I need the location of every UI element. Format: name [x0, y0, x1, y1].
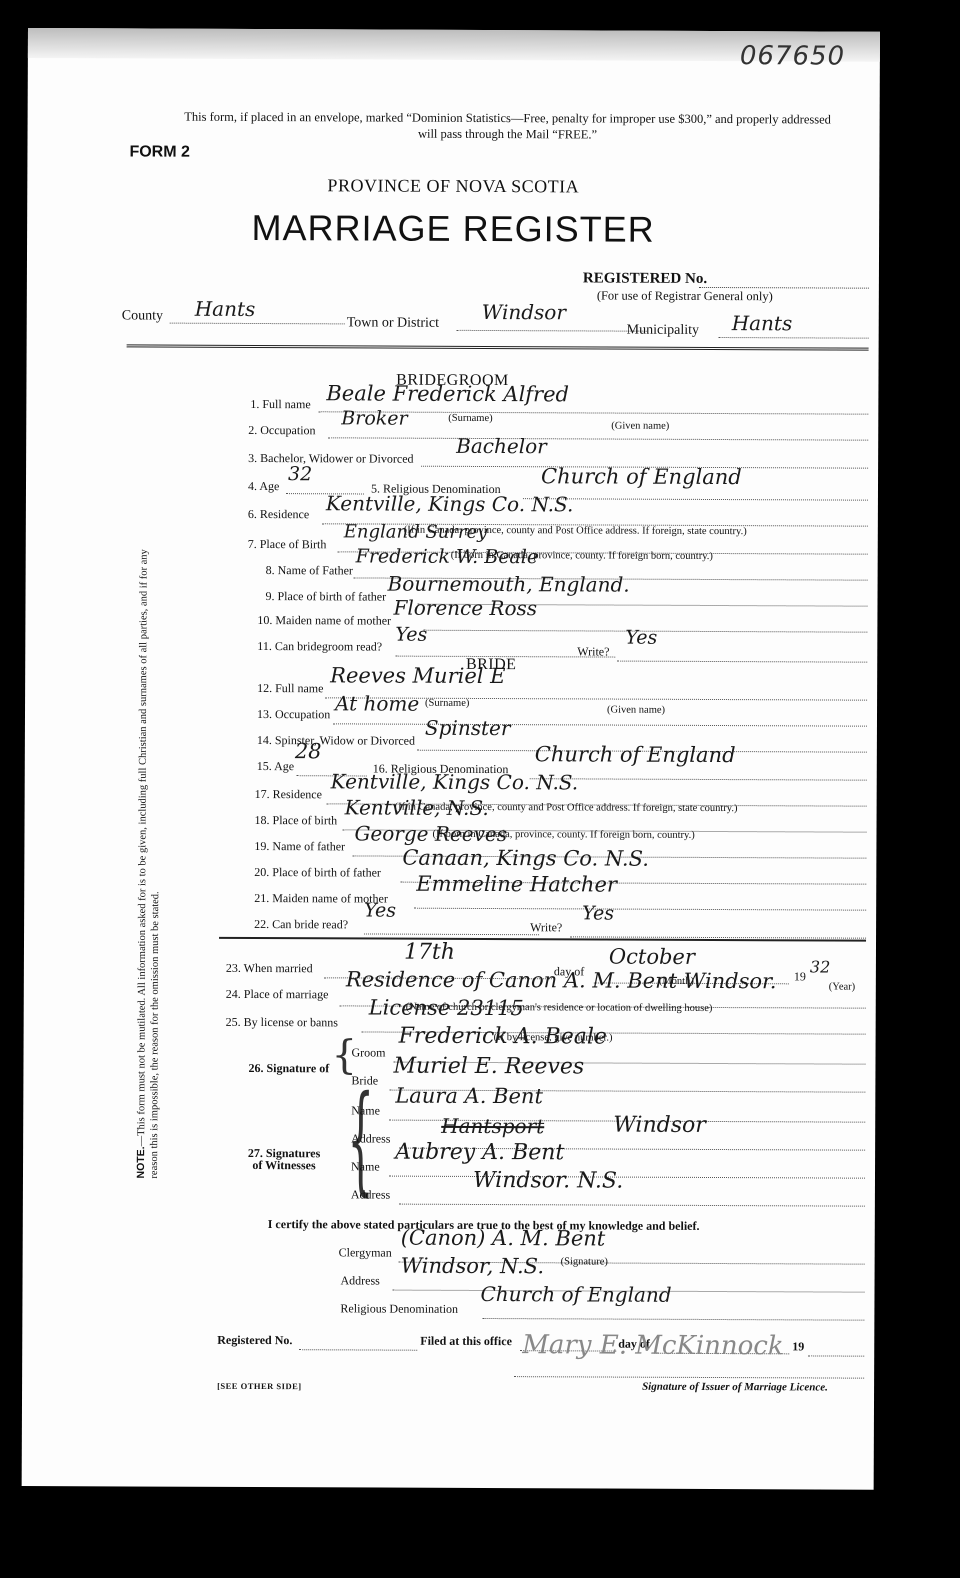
footer-registered-no-line — [299, 1335, 417, 1351]
clergyman-denomination-label: Religious Denomination — [340, 1301, 458, 1317]
province-heading: PROVINCE OF NOVA SCOTIA — [27, 174, 879, 199]
side-note: NOTE.—This form must not be mutilated. A… — [135, 538, 164, 1178]
license-or-banns-label: 25. By license or banns — [226, 1015, 338, 1030]
side-note-heading: NOTE. — [135, 1146, 147, 1178]
year-prefix: 19 — [794, 969, 806, 984]
marriage-day-value: 17th — [404, 940, 455, 965]
bride-father-birthplace-label: 20. Place of birth of father — [254, 865, 381, 881]
groom-father-name-value: Frederick W. Beale — [356, 545, 539, 568]
bride-can-write-value: Yes — [582, 902, 614, 924]
bride-can-write-label: Write? — [530, 920, 562, 935]
bride-full-name-label: 12. Full name — [257, 681, 323, 696]
witness-1-address: Windsor — [613, 1113, 706, 1138]
bride-residence-label: 17. Residence — [255, 787, 322, 802]
groom-occupation-label: 2. Occupation — [248, 423, 315, 438]
issuer-signature: Mary E. McKinnock — [522, 1330, 784, 1361]
clergyman-address: Windsor, N.S. — [401, 1254, 545, 1279]
clergyman-address-label: Address — [341, 1273, 380, 1288]
municipality-value: Hants — [732, 311, 793, 335]
town-label: Town or District — [347, 315, 439, 331]
county-value: Hants — [195, 297, 256, 321]
surname-hint: (Surname) — [448, 413, 492, 424]
municipality-label: Municipality — [627, 323, 699, 339]
form-id: FORM 2 — [129, 143, 190, 161]
bride-occupation-value: At home — [335, 691, 419, 715]
bride-full-name-value: Reeves Muriel E — [330, 663, 505, 688]
bride-mother-maiden-line — [414, 894, 866, 911]
license-value: License 23115 — [369, 995, 524, 1020]
groom-birthplace-label: 7. Place of Birth — [248, 537, 327, 552]
registered-no-label: REGISTERED No. — [583, 270, 707, 288]
bride-can-write-line — [570, 922, 866, 938]
witness-2-name-label: Name — [351, 1159, 380, 1174]
groom-signature-label: Groom — [351, 1045, 385, 1060]
signature-of-label: 26. Signature of — [248, 1061, 329, 1076]
witness-1-name-label: Name — [351, 1103, 380, 1118]
bride-residence-value: Kentville, Kings Co. N.S. — [331, 769, 579, 794]
bride-can-read-line — [364, 919, 539, 935]
place-of-marriage-value: Residence of Canon A. M. Bent Windsor. — [346, 967, 777, 993]
witnesses-label: 27. Signatures of Witnesses — [245, 1147, 323, 1171]
groom-age-label: 4. Age — [248, 479, 279, 494]
groom-signature: Frederick A. Beale — [399, 1024, 607, 1050]
groom-occupation-line — [328, 423, 868, 440]
groom-father-name-label: 8. Name of Father — [266, 563, 353, 578]
issuer-signature-label: Signature of Issuer of Marriage Licence. — [642, 1381, 828, 1394]
registered-no-field — [699, 275, 869, 289]
issuer-signature-line — [514, 1362, 864, 1379]
filed-at-office-label: Filed at this office — [420, 1334, 512, 1349]
clergyman-denomination-line — [482, 1304, 864, 1321]
groom-religion-value: Church of England — [541, 464, 742, 489]
groom-birthplace-value: England Surrey — [344, 521, 488, 543]
groom-can-write-value: Yes — [625, 627, 657, 649]
groom-mother-maiden-value: Florence Ross — [393, 596, 537, 621]
filed-year-line — [808, 1341, 864, 1356]
bride-marital-status-label: 14. Spinster, Widow or Divorced — [257, 733, 415, 749]
witness-2-name: Aubrey A. Bent — [395, 1140, 564, 1166]
footer-registered-no-label: Registered No. — [217, 1333, 292, 1348]
groom-full-name-label: 1. Full name — [250, 397, 310, 412]
clergyman-denomination: Church of England — [480, 1282, 671, 1307]
bride-father-name-label: 19. Name of father — [254, 839, 345, 854]
when-married-label: 23. When married — [226, 961, 313, 976]
bride-age-value: 28 — [295, 739, 322, 763]
postal-notice: This form, if placed in an envelope, mar… — [183, 109, 833, 144]
bride-can-read-value: Yes — [364, 899, 396, 921]
marriage-register-page: 067650 This form, if placed in an envelo… — [22, 28, 880, 1490]
witness-2-address-label: Address — [351, 1187, 390, 1202]
place-of-marriage-label: 24. Place of marriage — [226, 987, 329, 1002]
page-title: MARRIAGE REGISTER — [27, 206, 879, 252]
groom-marital-status-value: Bachelor — [456, 434, 547, 458]
registered-no-note: (For use of Registrar General only) — [597, 288, 773, 304]
bride-signature: Muriel E. Reeves — [393, 1054, 584, 1080]
bride-can-read-label: 22. Can bride read? — [254, 917, 348, 932]
groom-residence-label: 6. Residence — [248, 507, 309, 522]
groom-occupation-value: Broker — [341, 407, 407, 429]
see-other-side-note: [SEE OTHER SIDE] — [217, 1381, 302, 1391]
header-divider — [127, 344, 869, 350]
groom-father-birthplace-value: Bournemouth, England. — [388, 572, 630, 597]
side-note-text: —This form must not be mutilated. All in… — [136, 549, 161, 1178]
marriage-month-value: October — [609, 945, 695, 969]
marriage-year-value: 32 — [810, 957, 830, 976]
bride-surname-hint: (Surname) — [425, 698, 469, 709]
witness-2-address-line — [399, 1190, 865, 1207]
signature-hint: (Signature) — [561, 1256, 608, 1267]
bride-birthplace-label: 18. Place of birth — [255, 813, 338, 828]
bride-father-name-value: George Reeves — [354, 821, 507, 846]
groom-mother-maiden-label: 10. Maiden name of mother — [257, 613, 391, 629]
bride-mother-maiden-value: Emmeline Hatcher — [416, 872, 617, 897]
witness-2-address: Windsor. N.S. — [473, 1168, 623, 1194]
year-hint: (Year) — [829, 982, 855, 993]
bride-occupation-label: 13. Occupation — [257, 707, 330, 722]
bride-religion-value: Church of England — [535, 742, 736, 767]
county-label: County — [122, 308, 163, 324]
clergyman-signature: (Canon) A. M. Bent — [401, 1226, 606, 1251]
groom-residence-value: Kentville, Kings Co. N.S. — [326, 491, 574, 516]
clergyman-label: Clergyman — [339, 1245, 392, 1260]
groom-full-name-value: Beale Frederick Alfred — [326, 381, 569, 406]
bride-marital-status-value: Spinster — [425, 716, 511, 740]
groom-marital-status-label: 3. Bachelor, Widower or Divorced — [248, 451, 414, 467]
witness-1-address-label: Address — [351, 1131, 390, 1146]
groom-father-birthplace-label: 9. Place of birth of father — [265, 589, 386, 605]
filed-year-prefix: 19 — [792, 1339, 804, 1354]
bride-father-birthplace-value: Canaan, Kings Co. N.S. — [402, 846, 649, 871]
groom-can-read-value: Yes — [395, 624, 427, 646]
groom-age-value: 32 — [288, 463, 312, 485]
groom-can-read-label: 11. Can bridegroom read? — [257, 639, 382, 655]
town-value: Windsor — [482, 300, 566, 324]
bride-birthplace-value: Kentville, N.S. — [345, 795, 489, 820]
witness-1-address-struck: Hantsport — [441, 1114, 544, 1138]
bride-age-label: 15. Age — [257, 759, 294, 774]
reference-number: 067650 — [740, 41, 845, 71]
witness-1-name: Laura A. Bent — [395, 1084, 543, 1109]
